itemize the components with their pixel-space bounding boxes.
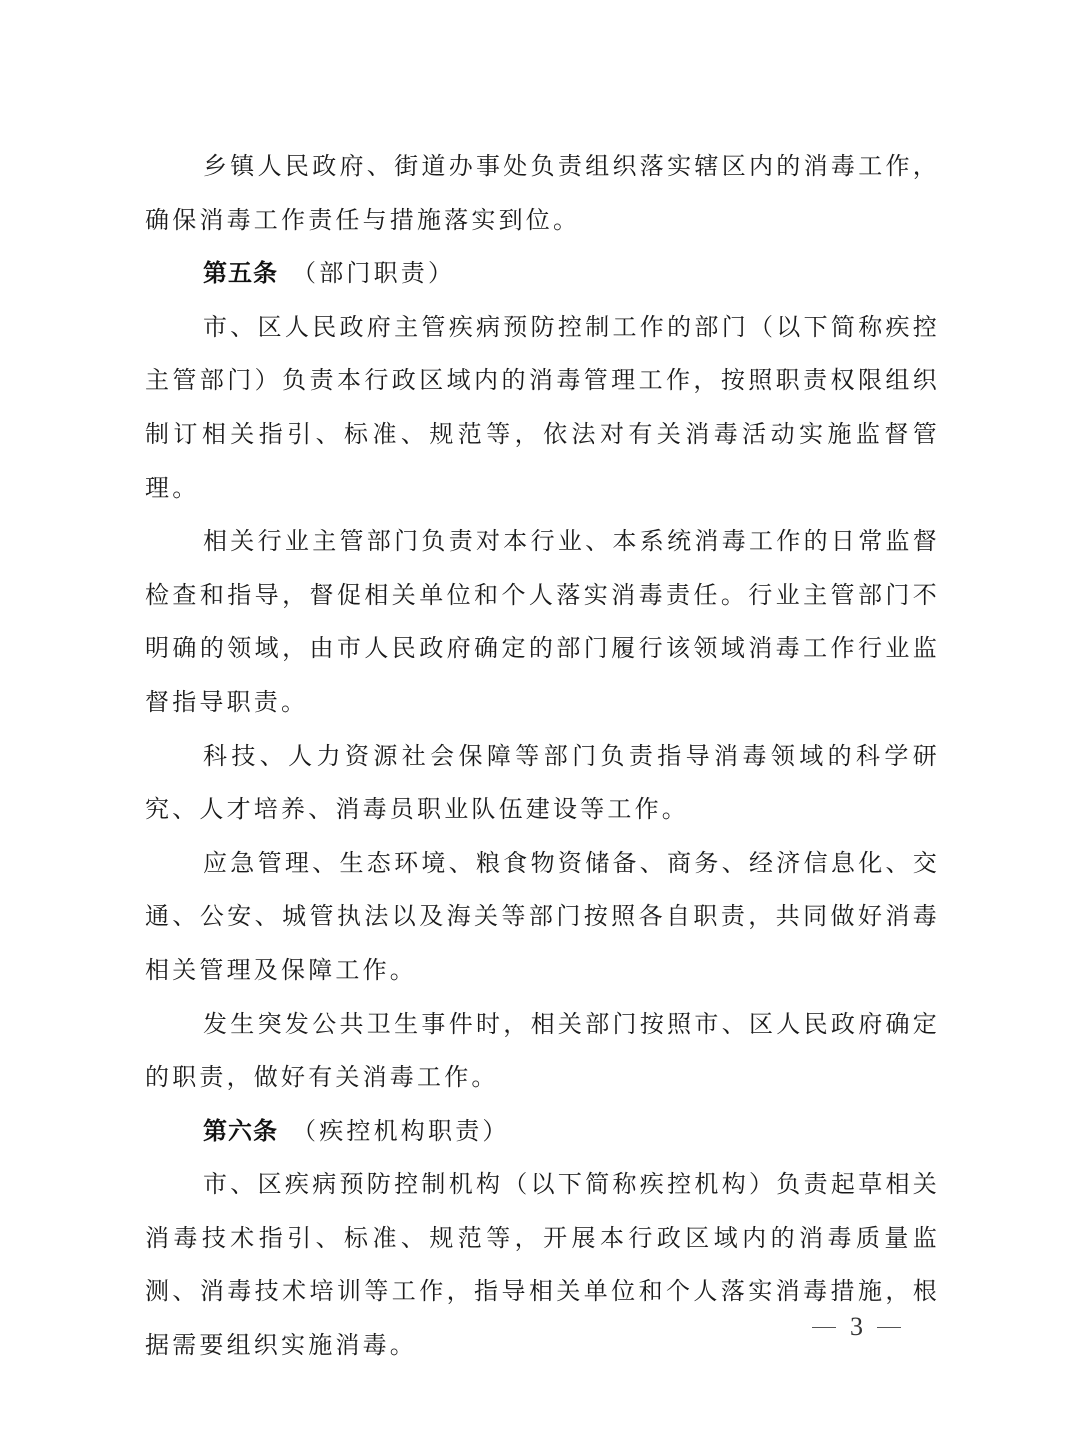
- article-number: 第五条: [203, 259, 278, 287]
- article-number: 第六条: [203, 1117, 278, 1145]
- paragraph-science-hr: 科技、人力资源社会保障等部门负责指导消毒领域的科学研究、人才培养、消毒员职业队伍…: [145, 730, 940, 837]
- article-title: （疾控机构职责）: [292, 1117, 510, 1145]
- dash-right: [877, 1327, 901, 1328]
- page-number: 3: [850, 1312, 863, 1342]
- article-5-heading: 第五条（部门职责）: [145, 247, 940, 301]
- paragraph-public-health-emergency: 发生突发公共卫生事件时，相关部门按照市、区人民政府确定的职责，做好有关消毒工作。: [145, 998, 940, 1105]
- paragraph-industry-departments: 相关行业主管部门负责对本行业、本系统消毒工作的日常监督检查和指导，督促相关单位和…: [145, 515, 940, 729]
- document-body: 乡镇人民政府、街道办事处负责组织落实辖区内的消毒工作，确保消毒工作责任与措施落实…: [145, 140, 940, 1373]
- dash-left: [812, 1327, 836, 1328]
- paragraph-cdc-authority: 市、区人民政府主管疾病预防控制工作的部门（以下简称疾控主管部门）负责本行政区域内…: [145, 301, 940, 515]
- paragraph-township-duties: 乡镇人民政府、街道办事处负责组织落实辖区内的消毒工作，确保消毒工作责任与措施落实…: [145, 140, 940, 247]
- article-6-heading: 第六条（疾控机构职责）: [145, 1105, 940, 1159]
- document-page: 乡镇人民政府、街道办事处负责组织落实辖区内的消毒工作，确保消毒工作责任与措施落实…: [0, 0, 1080, 1429]
- article-title: （部门职责）: [292, 259, 455, 287]
- paragraph-other-departments: 应急管理、生态环境、粮食物资储备、商务、经济信息化、交通、公安、城管执法以及海关…: [145, 837, 940, 998]
- page-footer: 3: [812, 1312, 901, 1342]
